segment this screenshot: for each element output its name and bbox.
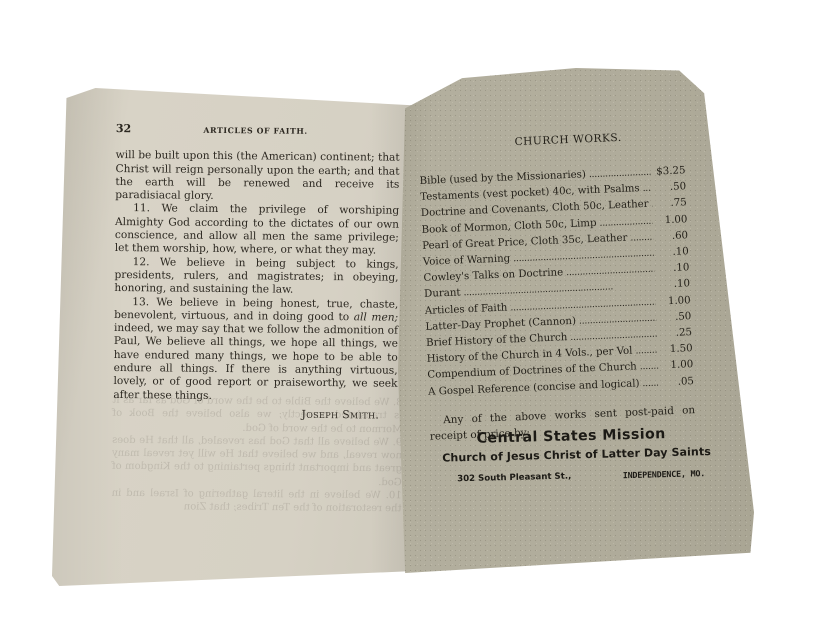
dot-leader — [630, 229, 653, 246]
signature: Joseph Smith. — [113, 406, 397, 422]
work-price: .25 — [660, 325, 693, 342]
article-13-emphasis: all men; — [354, 311, 399, 323]
work-price: .75 — [654, 196, 687, 213]
right-page-text: CHURCH WORKS. Bible (used by the Mission… — [418, 129, 696, 455]
article-13: 13. We believe in being honest, true, ch… — [113, 296, 398, 405]
work-price: 1.00 — [661, 358, 694, 375]
dot-leader — [639, 359, 658, 376]
work-price: .50 — [659, 309, 692, 326]
work-price: 1.00 — [655, 212, 688, 229]
work-price: $3.25 — [653, 163, 686, 180]
works-list: Bible (used by the Missionaries)$3.25 Te… — [419, 163, 694, 400]
bleed-line: 9. We believe all that God has revealed,… — [112, 434, 402, 490]
work-price: 1.00 — [658, 293, 691, 310]
work-price: .50 — [654, 179, 687, 196]
left-page-text: 32 ARTICLES OF FAITH. will be built upon… — [113, 122, 400, 422]
page-header: 32 ARTICLES OF FAITH. — [116, 122, 400, 139]
dot-leader — [642, 181, 651, 198]
article-11: 11. We claim the privilege of worshiping… — [115, 202, 399, 258]
work-price: 1.50 — [660, 341, 693, 358]
dot-leader — [651, 197, 652, 213]
paragraph-continuation: will be built upon this (the American) c… — [115, 149, 399, 205]
dot-leader — [635, 343, 658, 360]
running-head: ARTICLES OF FAITH. — [131, 123, 380, 139]
bleed-line: 10. We believe in the literal gathering … — [111, 487, 401, 516]
page-number: 32 — [116, 122, 131, 135]
work-price: .60 — [656, 228, 689, 245]
work-price: .05 — [662, 374, 695, 391]
work-name: Durant — [424, 286, 461, 304]
work-price: .10 — [657, 260, 690, 277]
church-name: Church of Jesus Christ of Latter Day Sai… — [426, 445, 726, 465]
article-13-text-cont: indeed, we may say that we follow the ad… — [113, 322, 398, 401]
article-12: 12. We believe in being subject to kings… — [114, 256, 398, 299]
dot-leader — [642, 375, 659, 392]
mission-imprint: Central States Mission Church of Jesus C… — [426, 425, 727, 485]
work-price: .10 — [656, 244, 689, 261]
city-state: INDEPENDENCE, MO. — [623, 468, 706, 480]
work-price: .10 — [658, 277, 691, 294]
